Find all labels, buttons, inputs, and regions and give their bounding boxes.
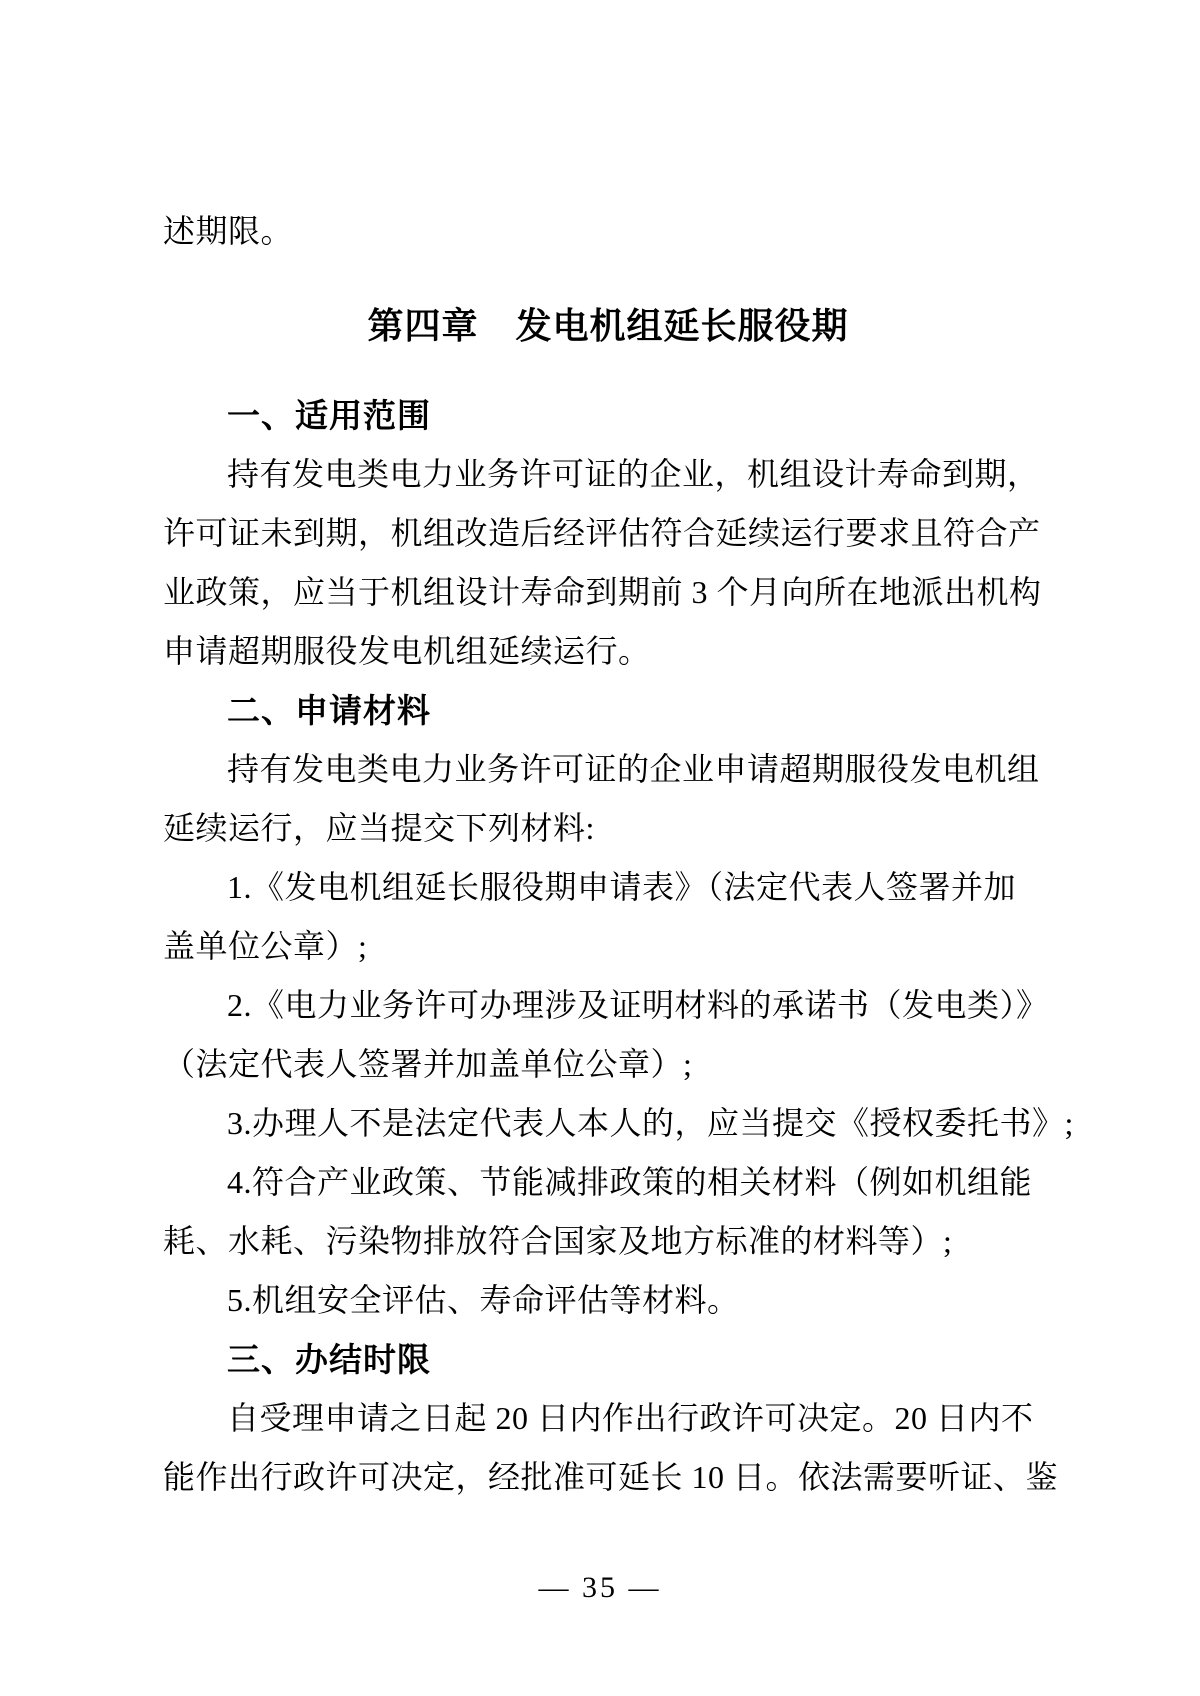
list-item-5-line: 5.机组安全评估、寿命评估等材料。 xyxy=(163,1271,1053,1330)
section-heading-materials: 二、申请材料 xyxy=(163,681,1053,740)
list-item-2-line: （法定代表人签署并加盖单位公章）; xyxy=(163,1035,1053,1094)
body-line: 持有发电类电力业务许可证的企业申请超期服役发电机组 xyxy=(163,740,1053,799)
body-line: 自受理申请之日起 20 日内作出行政许可决定。20 日内不 xyxy=(163,1389,1053,1448)
chapter-heading: 第四章 发电机组延长服役期 xyxy=(163,296,1053,355)
list-item-2-line: 2.《电力业务许可办理涉及证明材料的承诺书（发电类）》 xyxy=(163,976,1053,1035)
list-item-4-line: 耗、水耗、污染物排放符合国家及地方标准的材料等）; xyxy=(163,1212,1053,1271)
continuation-line: 述期限。 xyxy=(163,202,1053,261)
list-item-3-line: 3.办理人不是法定代表人本人的，应当提交《授权委托书》; xyxy=(163,1094,1053,1153)
list-item-1-line: 1.《发电机组延长服役期申请表》（法定代表人签署并加 xyxy=(163,858,1053,917)
body-line: 许可证未到期，机组改造后经评估符合延续运行要求且符合产 xyxy=(163,504,1053,563)
body-line: 能作出行政许可决定，经批准可延长 10 日。依法需要听证、鉴 xyxy=(163,1448,1053,1507)
body-line: 延续运行，应当提交下列材料: xyxy=(163,799,1053,858)
body-line: 业政策，应当于机组设计寿命到期前 3 个月向所在地派出机构 xyxy=(163,563,1053,622)
section-heading-scope: 一、适用范围 xyxy=(163,386,1053,445)
list-item-1-line: 盖单位公章）; xyxy=(163,917,1053,976)
page-number: — 35 — xyxy=(0,1568,1200,1608)
document-page: 述期限。 第四章 发电机组延长服役期 一、适用范围 持有发电类电力业务许可证的企… xyxy=(0,0,1200,1696)
section-heading-deadline: 三、办结时限 xyxy=(163,1330,1053,1389)
list-item-4-line: 4.符合产业政策、节能减排政策的相关材料（例如机组能 xyxy=(163,1153,1053,1212)
text-column: 述期限。 第四章 发电机组延长服役期 一、适用范围 持有发电类电力业务许可证的企… xyxy=(163,202,1053,1507)
body-line: 申请超期服役发电机组延续运行。 xyxy=(163,622,1053,681)
body-line: 持有发电类电力业务许可证的企业，机组设计寿命到期， xyxy=(163,445,1053,504)
